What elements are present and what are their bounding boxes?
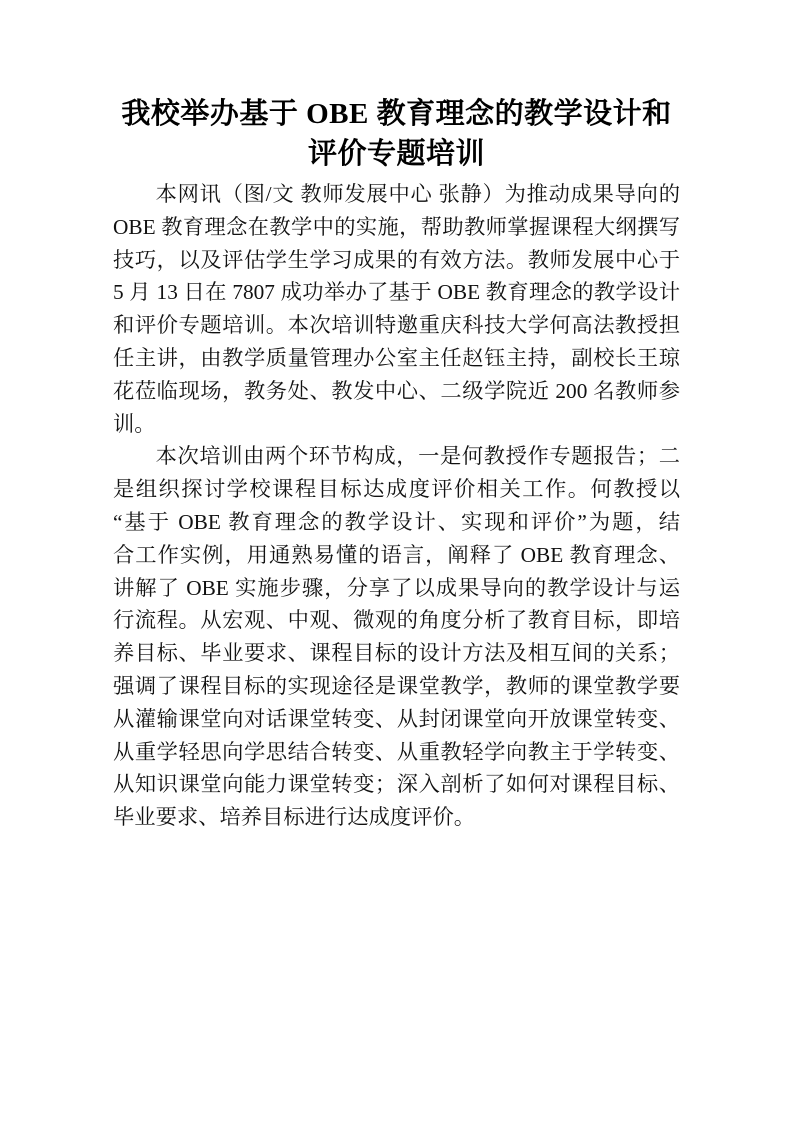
document-content: 我校举办基于 OBE 教育理念的教学设计和 评价专题培训 本网讯（图/文 教师发… [113,0,680,834]
title-line-2: 评价专题培训 [113,134,680,174]
text-line: 合工作实例，用通熟易懂的语言，阐释了 OBE 教育理念、 [113,539,680,572]
paragraph-1: 本网讯（图/文 教师发展中心 张静）为推动成果导向的 OBE 教育理念在教学中的… [113,178,680,440]
text-line: 从重学轻思向学思结合转变、从重教轻学向教主于学转变、 [113,736,680,769]
text-line: 毕业要求、培养目标进行达成度评价。 [113,801,680,834]
text-line: “基于 OBE 教育理念的教学设计、实现和评价”为题，结 [113,506,680,539]
text-line: 从灌输课堂向对话课堂转变、从封闭课堂向开放课堂转变、 [113,703,680,736]
text-line: 花莅临现场，教务处、教发中心、二级学院近 200 名教师参 [113,375,680,408]
text-line: 讲解了 OBE 实施步骤，分享了以成果导向的教学设计与运 [113,572,680,605]
text-line: 从知识课堂向能力课堂转变；深入剖析了如何对课程目标、 [113,768,680,801]
document-body: 本网讯（图/文 教师发展中心 张静）为推动成果导向的 OBE 教育理念在教学中的… [113,178,680,834]
text-line: OBE 教育理念在教学中的实施，帮助教师掌握课程大纲撰写 [113,211,680,244]
text-line: 是组织探讨学校课程目标达成度评价相关工作。何教授以 [113,473,680,506]
text-line: 强调了课程目标的实现途径是课堂教学，教师的课堂教学要 [113,670,680,703]
text-line: 行流程。从宏观、中观、微观的角度分析了教育目标，即培 [113,604,680,637]
title-line-1: 我校举办基于 OBE 教育理念的教学设计和 [113,94,680,134]
text-line: 5 月 13 日在 7807 成功举办了基于 OBE 教育理念的教学设计 [113,276,680,309]
text-line: 本次培训由两个环节构成，一是何教授作专题报告；二 [113,440,680,473]
text-line: 养目标、毕业要求、课程目标的设计方法及相互间的关系； [113,637,680,670]
document-title: 我校举办基于 OBE 教育理念的教学设计和 评价专题培训 [113,94,680,174]
paragraph-2: 本次培训由两个环节构成，一是何教授作专题报告；二 是组织探讨学校课程目标达成度评… [113,440,680,834]
document-page: 我校举办基于 OBE 教育理念的教学设计和 评价专题培训 本网讯（图/文 教师发… [0,0,793,1122]
text-line: 任主讲，由教学质量管理办公室主任赵钰主持，副校长王琼 [113,342,680,375]
text-line: 和评价专题培训。本次培训特邀重庆科技大学何高法教授担 [113,309,680,342]
text-line: 本网讯（图/文 教师发展中心 张静）为推动成果导向的 [113,178,680,211]
text-line: 训。 [113,408,680,441]
text-line: 技巧，以及评估学生学习成果的有效方法。教师发展中心于 [113,244,680,277]
